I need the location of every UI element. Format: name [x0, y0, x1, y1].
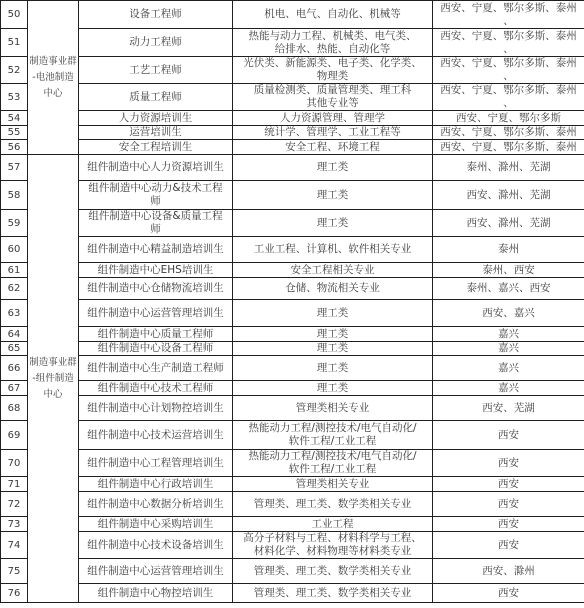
table-row: 57制造事业群 -组件制造 中心组件制造中心人力资源培训生理工类泰州、滁州、芜湖 — [1, 155, 584, 181]
majors-cell: 理工类 — [233, 181, 433, 210]
row-number-cell: 55 — [1, 126, 28, 140]
majors-cell: 热能与动力工程、机械类、电气类、 给排水、热能、自动化等 — [233, 29, 433, 57]
table-row: 69组件制造中心技术运营培训生热能动力工程/测控技术/电气自动化/ 软件工程/工… — [1, 421, 584, 450]
table-body: 50制造事业群 -电池制造 中心设备工程师机电、电气、自动化、机械等西安、宁夏、… — [1, 1, 584, 603]
position-cell: 组件制造中心工程管理培训生 — [79, 450, 233, 477]
position-cell: 组件制造中心数据分析培训生 — [79, 492, 233, 517]
row-number-cell: 73 — [1, 517, 28, 532]
majors-cell: 理工类 — [233, 327, 433, 342]
table-row: 65组件制造中心设备工程师理工类嘉兴 — [1, 342, 584, 356]
position-cell: 组件制造中心技术工程师 — [79, 381, 233, 396]
locations-cell: 西安 — [433, 477, 584, 492]
table-row: 66组件制造中心生产制造工程师理工类嘉兴 — [1, 356, 584, 381]
majors-cell: 理工类 — [233, 210, 433, 237]
majors-cell: 质量检测类、质量管理类、理工科 其他专业等 — [233, 84, 433, 111]
table-row: 72组件制造中心数据分析培训生管理类、理工类、数学类相关专业西安 — [1, 492, 584, 517]
locations-cell: 西安、宁夏、鄂尔多斯 — [433, 111, 584, 126]
table-row: 75组件制造中心运营管理培训生管理类、理工类、数学类相关专业西安、滁州 — [1, 559, 584, 584]
row-number-cell: 52 — [1, 57, 28, 84]
table-row: 50制造事业群 -电池制造 中心设备工程师机电、电气、自动化、机械等西安、宁夏、… — [1, 1, 584, 29]
majors-cell: 理工类 — [233, 342, 433, 356]
row-number-cell: 67 — [1, 381, 28, 396]
locations-cell: 西安 — [433, 421, 584, 450]
row-number-cell: 56 — [1, 140, 28, 155]
majors-cell: 管理类相关专业 — [233, 477, 433, 492]
locations-cell: 西安、滁州、芜湖 — [433, 181, 584, 210]
position-cell: 组件制造中心动力&技术工程 师 — [79, 181, 233, 210]
table-row: 52工艺工程师光伏类、新能源类、电子类、化学类、 物理类西安、宁夏、鄂尔多斯、泰… — [1, 57, 584, 84]
majors-cell: 理工类 — [233, 300, 433, 327]
row-number-cell: 62 — [1, 278, 28, 300]
majors-cell: 管理类、理工类、数学类相关专业 — [233, 492, 433, 517]
locations-cell: 嘉兴 — [433, 381, 584, 396]
row-number-cell: 75 — [1, 559, 28, 584]
table-row: 70组件制造中心工程管理培训生热能动力工程/测控技术/电气自动化/ 软件工程/工… — [1, 450, 584, 477]
table-row: 54人力资源培训生人力资源管理、管理学西安、宁夏、鄂尔多斯 — [1, 111, 584, 126]
position-cell: 质量工程师 — [79, 84, 233, 111]
table-row: 73组件制造中心采购培训生工业工程西安 — [1, 517, 584, 532]
majors-cell: 机电、电气、自动化、机械等 — [233, 1, 433, 29]
position-cell: 运营培训生 — [79, 126, 233, 140]
locations-cell: 西安、宁夏、鄂尔多斯、泰州 、 — [433, 84, 584, 111]
row-number-cell: 72 — [1, 492, 28, 517]
job-positions-table: 50制造事业群 -电池制造 中心设备工程师机电、电气、自动化、机械等西安、宁夏、… — [0, 0, 584, 603]
table-row: 74组件制造中心技术设备培训生高分子材料与工程、材料科学与工程、 材料化学、材料… — [1, 532, 584, 559]
row-number-cell: 74 — [1, 532, 28, 559]
table-row: 67组件制造中心技术工程师理工类嘉兴 — [1, 381, 584, 396]
locations-cell: 西安、宁夏、鄂尔多斯、泰州 、 — [433, 1, 584, 29]
row-number-cell: 69 — [1, 421, 28, 450]
locations-cell: 嘉兴 — [433, 356, 584, 381]
position-cell: 组件制造中心运营管理培训生 — [79, 559, 233, 584]
locations-cell: 泰州 — [433, 237, 584, 263]
table-row: 58组件制造中心动力&技术工程 师理工类西安、滁州、芜湖 — [1, 181, 584, 210]
majors-cell: 高分子材料与工程、材料科学与工程、 材料化学、材料物理等材料类专业 — [233, 532, 433, 559]
position-cell: 工艺工程师 — [79, 57, 233, 84]
table-row: 68组件制造中心计划物控培训生管理类相关专业西安、芜湖 — [1, 396, 584, 421]
locations-cell: 西安、宁夏、鄂尔多斯、泰州 — [433, 126, 584, 140]
majors-cell: 安全工程相关专业 — [233, 263, 433, 278]
majors-cell: 理工类 — [233, 155, 433, 181]
locations-cell: 西安、宁夏、鄂尔多斯、泰州 、 — [433, 29, 584, 57]
locations-cell: 西安 — [433, 517, 584, 532]
row-number-cell: 58 — [1, 181, 28, 210]
row-number-cell: 59 — [1, 210, 28, 237]
position-cell: 组件制造中心EHS培训生 — [79, 263, 233, 278]
table-row: 55运营培训生统计学、管理学、工业工程等西安、宁夏、鄂尔多斯、泰州 — [1, 126, 584, 140]
locations-cell: 泰州、嘉兴、西安 — [433, 278, 584, 300]
position-cell: 组件制造中心计划物控培训生 — [79, 396, 233, 421]
row-number-cell: 50 — [1, 1, 28, 29]
row-number-cell: 60 — [1, 237, 28, 263]
locations-cell: 西安、嘉兴 — [433, 300, 584, 327]
row-number-cell: 53 — [1, 84, 28, 111]
position-cell: 组件制造中心设备&质量工程 师 — [79, 210, 233, 237]
table-row: 53质量工程师质量检测类、质量管理类、理工科 其他专业等西安、宁夏、鄂尔多斯、泰… — [1, 84, 584, 111]
table-row: 71组件制造中心行政培训生管理类相关专业西安 — [1, 477, 584, 492]
position-cell: 组件制造中心技术设备培训生 — [79, 532, 233, 559]
majors-cell: 工业工程 — [233, 517, 433, 532]
position-cell: 组件制造中心生产制造工程师 — [79, 356, 233, 381]
row-number-cell: 71 — [1, 477, 28, 492]
table-row: 56安全工程培训生安全工程、环境工程西安、宁夏、鄂尔多斯、泰州 — [1, 140, 584, 155]
position-cell: 组件制造中心精益制造培训生 — [79, 237, 233, 263]
table-row: 64组件制造中心质量工程师理工类嘉兴 — [1, 327, 584, 342]
locations-cell: 西安、滁州、芜湖 — [433, 210, 584, 237]
locations-cell: 嘉兴 — [433, 327, 584, 342]
position-cell: 组件制造中心行政培训生 — [79, 477, 233, 492]
table-row: 59组件制造中心设备&质量工程 师理工类西安、滁州、芜湖 — [1, 210, 584, 237]
majors-cell: 安全工程、环境工程 — [233, 140, 433, 155]
position-cell: 组件制造中心设备工程师 — [79, 342, 233, 356]
majors-cell: 工业工程、计算机、软件相关专业 — [233, 237, 433, 263]
position-cell: 组件制造中心仓储物流培训生 — [79, 278, 233, 300]
position-cell: 组件制造中心物控培训生 — [79, 584, 233, 603]
locations-cell: 西安 — [433, 584, 584, 603]
position-cell: 安全工程培训生 — [79, 140, 233, 155]
locations-cell: 西安、滁州 — [433, 559, 584, 584]
majors-cell: 统计学、管理学、工业工程等 — [233, 126, 433, 140]
table-row: 60组件制造中心精益制造培训生工业工程、计算机、软件相关专业泰州 — [1, 237, 584, 263]
row-number-cell: 63 — [1, 300, 28, 327]
position-cell: 设备工程师 — [79, 1, 233, 29]
majors-cell: 理工类 — [233, 356, 433, 381]
row-number-cell: 64 — [1, 327, 28, 342]
locations-cell: 嘉兴 — [433, 342, 584, 356]
locations-cell: 西安 — [433, 532, 584, 559]
table-row: 63组件制造中心运营管理培训生理工类西安、嘉兴 — [1, 300, 584, 327]
row-number-cell: 57 — [1, 155, 28, 181]
locations-cell: 西安 — [433, 450, 584, 477]
majors-cell: 管理类相关专业 — [233, 396, 433, 421]
majors-cell: 理工类 — [233, 381, 433, 396]
table-row: 51动力工程师热能与动力工程、机械类、电气类、 给排水、热能、自动化等西安、宁夏… — [1, 29, 584, 57]
locations-cell: 泰州、滁州、芜湖 — [433, 155, 584, 181]
majors-cell: 管理类、理工类、数学类相关专业 — [233, 584, 433, 603]
majors-cell: 管理类、理工类、数学类相关专业 — [233, 559, 433, 584]
row-number-cell: 66 — [1, 356, 28, 381]
position-cell: 动力工程师 — [79, 29, 233, 57]
majors-cell: 热能动力工程/测控技术/电气自动化/ 软件工程/工业工程 — [233, 450, 433, 477]
locations-cell: 泰州、西安 — [433, 263, 584, 278]
row-number-cell: 65 — [1, 342, 28, 356]
row-number-cell: 68 — [1, 396, 28, 421]
locations-cell: 西安、宁夏、鄂尔多斯、泰州 — [433, 140, 584, 155]
category-cell: 制造事业群 -组件制造 中心 — [28, 155, 79, 603]
table-row: 62组件制造中心仓储物流培训生仓储、物流相关专业泰州、嘉兴、西安 — [1, 278, 584, 300]
category-cell: 制造事业群 -电池制造 中心 — [28, 1, 79, 155]
majors-cell: 光伏类、新能源类、电子类、化学类、 物理类 — [233, 57, 433, 84]
row-number-cell: 54 — [1, 111, 28, 126]
row-number-cell: 70 — [1, 450, 28, 477]
row-number-cell: 51 — [1, 29, 28, 57]
locations-cell: 西安 — [433, 492, 584, 517]
row-number-cell: 61 — [1, 263, 28, 278]
table-row: 76组件制造中心物控培训生管理类、理工类、数学类相关专业西安 — [1, 584, 584, 603]
locations-cell: 西安、宁夏、鄂尔多斯、泰州 、 — [433, 57, 584, 84]
row-number-cell: 76 — [1, 584, 28, 603]
position-cell: 组件制造中心运营管理培训生 — [79, 300, 233, 327]
position-cell: 组件制造中心采购培训生 — [79, 517, 233, 532]
locations-cell: 西安、芜湖 — [433, 396, 584, 421]
position-cell: 组件制造中心质量工程师 — [79, 327, 233, 342]
majors-cell: 人力资源管理、管理学 — [233, 111, 433, 126]
majors-cell: 仓储、物流相关专业 — [233, 278, 433, 300]
majors-cell: 热能动力工程/测控技术/电气自动化/ 软件工程/工业工程 — [233, 421, 433, 450]
table-row: 61组件制造中心EHS培训生安全工程相关专业泰州、西安 — [1, 263, 584, 278]
position-cell: 人力资源培训生 — [79, 111, 233, 126]
position-cell: 组件制造中心技术运营培训生 — [79, 421, 233, 450]
position-cell: 组件制造中心人力资源培训生 — [79, 155, 233, 181]
